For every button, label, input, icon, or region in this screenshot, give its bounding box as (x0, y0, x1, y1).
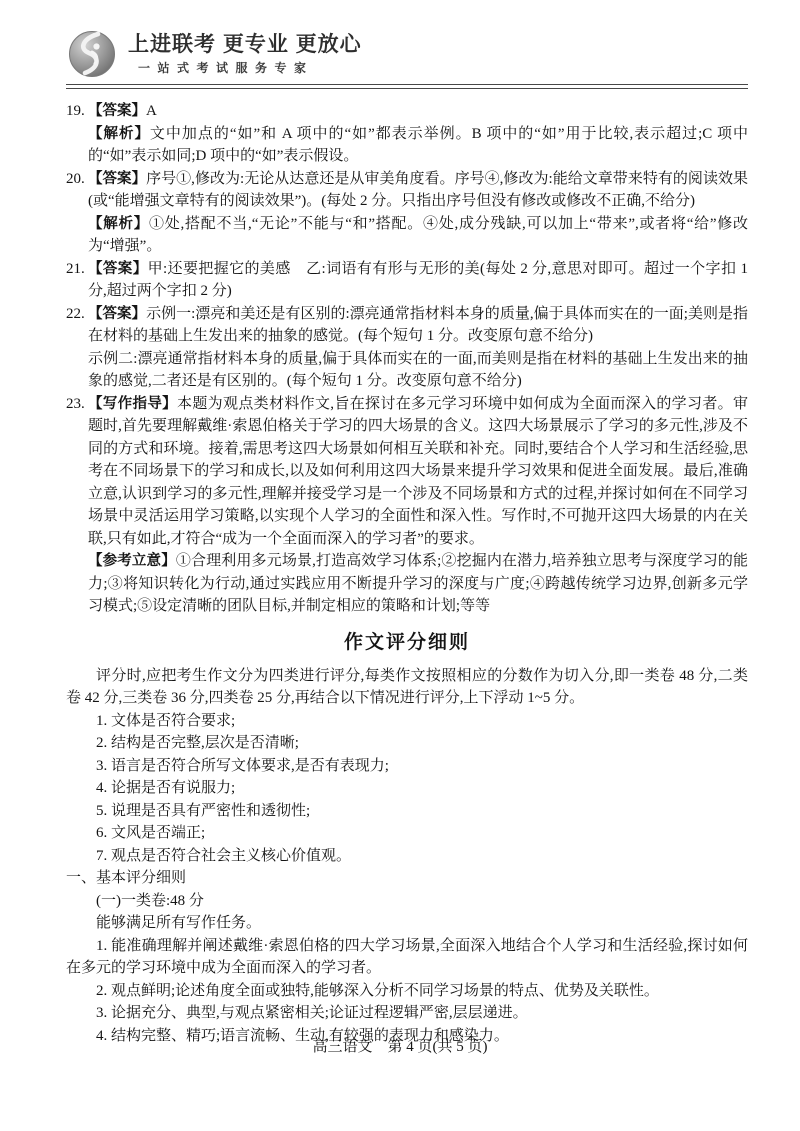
page-footer: 高三语文 第 4 页(共 5 页) (0, 1036, 800, 1059)
grade1-points-list: 1. 能准确理解并阐述戴维·索恩伯格的四大学习场景,全面深入地结合个人学习和生活… (66, 935, 748, 1048)
rubric-title: 作文评分细则 (66, 630, 748, 656)
brand-tagline: 一站式考试服务专家 (138, 61, 362, 76)
question-number: 21. (66, 258, 85, 281)
grade1-point: 3. 论据充分、典型,与观点紧密相关;论证过程逻辑严密,层层递进。 (66, 1002, 748, 1025)
question-block: 23.【写作指导】本题为观点类材料作文,旨在探讨在多元学习环境中如何成为全面而深… (66, 393, 748, 618)
answer-paragraph: 【解析】文中加点的“如”和 A 项中的“如”都表示举例。B 项中的“如”用于比较… (88, 123, 748, 168)
criteria-item: 1. 文体是否符合要求; (66, 710, 748, 733)
question-block: 19.【答案】A【解析】文中加点的“如”和 A 项中的“如”都表示举例。B 项中… (66, 100, 748, 168)
answer-label: 【答案】 (88, 261, 148, 277)
answer-paragraph: 【解析】①处,搭配不当,“无论”不能与“和”搭配。④处,成分残缺,可以加上“带来… (88, 213, 748, 258)
answer-label: 【解析】 (88, 126, 150, 142)
answer-paragraph: 示例二:漂亮通常指材料本身的质量,偏于具体而实在的一面,而美则是指在材料的基础上… (88, 348, 748, 393)
criteria-item: 7. 观点是否符合社会主义核心价值观。 (66, 845, 748, 868)
brand-header: 上进联考 更专业 更放心 一站式考试服务专家 (68, 0, 748, 78)
answer-paragraph: 【答案】甲:还要把握它的美感 乙:词语有有形与无形的美(每处 2 分,意思对即可… (88, 258, 748, 303)
header-divider (66, 84, 748, 89)
answer-label: 【答案】 (88, 171, 146, 187)
answer-paragraph: 【写作指导】本题为观点类材料作文,旨在探讨在多元学习环境中如何成为全面而深入的学… (88, 393, 748, 551)
brand-title: 上进联考 更专业 更放心 (128, 33, 362, 57)
brand-text: 上进联考 更专业 更放心 一站式考试服务专家 (128, 33, 362, 76)
answer-label: 【答案】 (88, 306, 146, 322)
grade1-point: 2. 观点鲜明;论述角度全面或独特,能够深入分析不同学习场景的特点、优势及关联性… (66, 980, 748, 1003)
question-number: 22. (66, 303, 85, 326)
rubric-intro: 评分时,应把考生作文分为四类进行评分,每类作文按照相应的分数作为切入分,即一类卷… (66, 665, 748, 710)
question-number: 20. (66, 168, 85, 191)
rubric-basic-title: 一、基本评分细则 (66, 867, 748, 890)
question-block: 22.【答案】示例一:漂亮和美还是有区别的:漂亮通常指材料本身的质量,偏于具体而… (66, 303, 748, 393)
criteria-item: 5. 说理是否具有严密性和透彻性; (66, 800, 748, 823)
rubric-section: 作文评分细则 评分时,应把考生作文分为四类进行评分,每类作文按照相应的分数作为切… (66, 630, 748, 1048)
criteria-item: 2. 结构是否完整,层次是否清晰; (66, 732, 748, 755)
exam-answer-page: 上进联考 更专业 更放心 一站式考试服务专家 19.【答案】A【解析】文中加点的… (0, 0, 800, 1131)
answer-paragraph: 【答案】示例一:漂亮和美还是有区别的:漂亮通常指材料本身的质量,偏于具体而实在的… (88, 303, 748, 348)
answer-paragraph: 【答案】A (88, 100, 748, 123)
question-block: 21.【答案】甲:还要把握它的美感 乙:词语有有形与无形的美(每处 2 分,意思… (66, 258, 748, 303)
question-block: 20.【答案】序号①,修改为:无论从达意还是从审美角度看。序号④,修改为:能给文… (66, 168, 748, 258)
brand-sphere-logo (68, 30, 116, 78)
answer-label: 【参考立意】 (88, 553, 176, 569)
criteria-item: 6. 文风是否端正; (66, 822, 748, 845)
answer-label: 【答案】 (88, 103, 146, 119)
answer-label: 【写作指导】 (88, 396, 177, 412)
answers-section: 19.【答案】A【解析】文中加点的“如”和 A 项中的“如”都表示举例。B 项中… (66, 100, 748, 618)
grade1-point: 1. 能准确理解并阐述戴维·索恩伯格的四大学习场景,全面深入地结合个人学习和生活… (66, 935, 748, 980)
answer-label: 【解析】 (88, 216, 149, 232)
grade1-title: (一)一类卷:48 分 (66, 890, 748, 913)
question-number: 19. (66, 100, 85, 123)
answer-paragraph: 【参考立意】①合理利用多元场景,打造高效学习体系;②挖掘内在潜力,培养独立思考与… (88, 550, 748, 618)
grade1-desc: 能够满足所有写作任务。 (66, 912, 748, 935)
question-number: 23. (66, 393, 85, 416)
criteria-item: 4. 论据是否有说服力; (66, 777, 748, 800)
answer-paragraph: 【答案】序号①,修改为:无论从达意还是从审美角度看。序号④,修改为:能给文章带来… (88, 168, 748, 213)
rubric-criteria-list: 1. 文体是否符合要求;2. 结构是否完整,层次是否清晰;3. 语言是否符合所写… (66, 710, 748, 868)
criteria-item: 3. 语言是否符合所写文体要求,是否有表现力; (66, 755, 748, 778)
